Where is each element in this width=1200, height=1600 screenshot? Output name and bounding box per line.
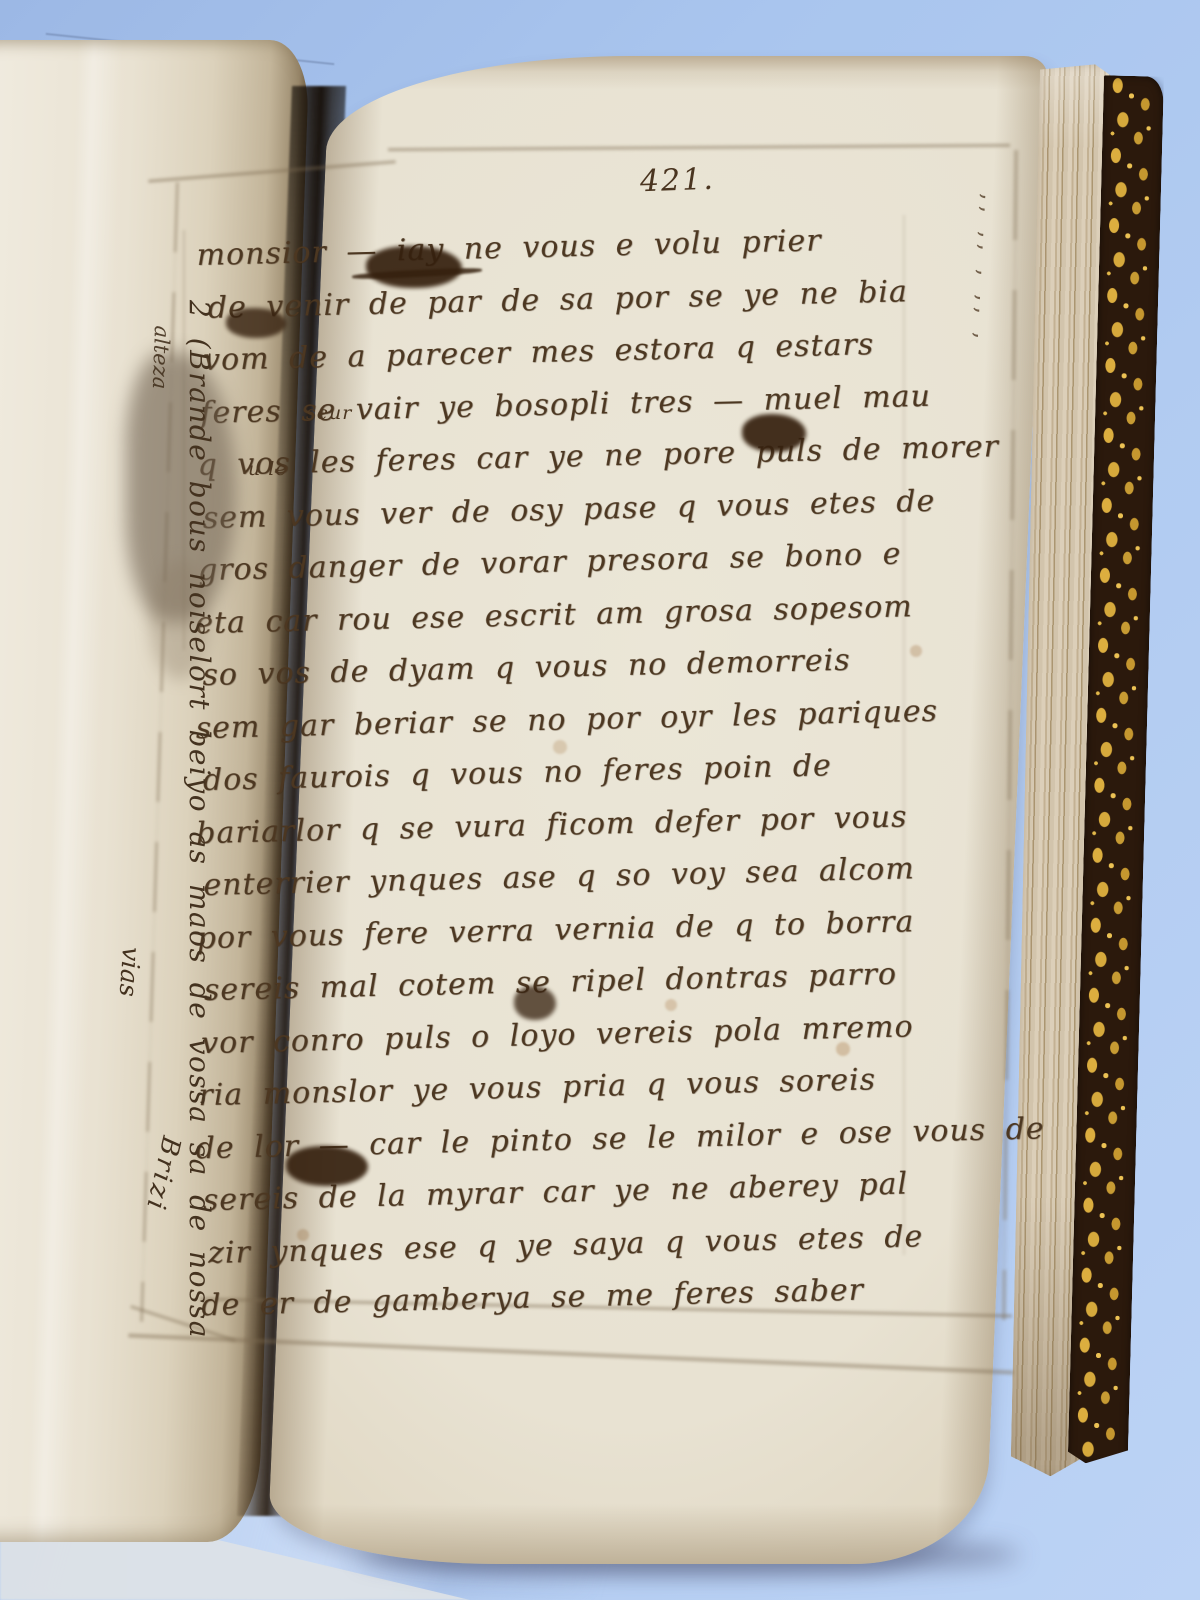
margin-annotation-fragment: vias <box>114 946 146 998</box>
page-number: 421. <box>639 162 715 200</box>
manuscript-photo: 421. ’’ ’’ ’ ’’ ’ monsior — iay ne vous … <box>0 0 1200 1600</box>
interlinear-correction: seur <box>306 402 352 424</box>
foxing-spots <box>0 0 6 6</box>
ink-blot <box>514 986 556 1020</box>
margin-annotation-sub: alteza <box>148 325 174 389</box>
margin-annotation: 2 (Brande bous noiselort beiyo as maos d… <box>183 300 216 1339</box>
ink-blot <box>366 246 462 288</box>
ink-blot <box>286 1146 368 1186</box>
ink-blot <box>226 308 286 338</box>
interlinear-correction: u le <box>248 458 288 480</box>
ink-blot <box>742 414 806 452</box>
